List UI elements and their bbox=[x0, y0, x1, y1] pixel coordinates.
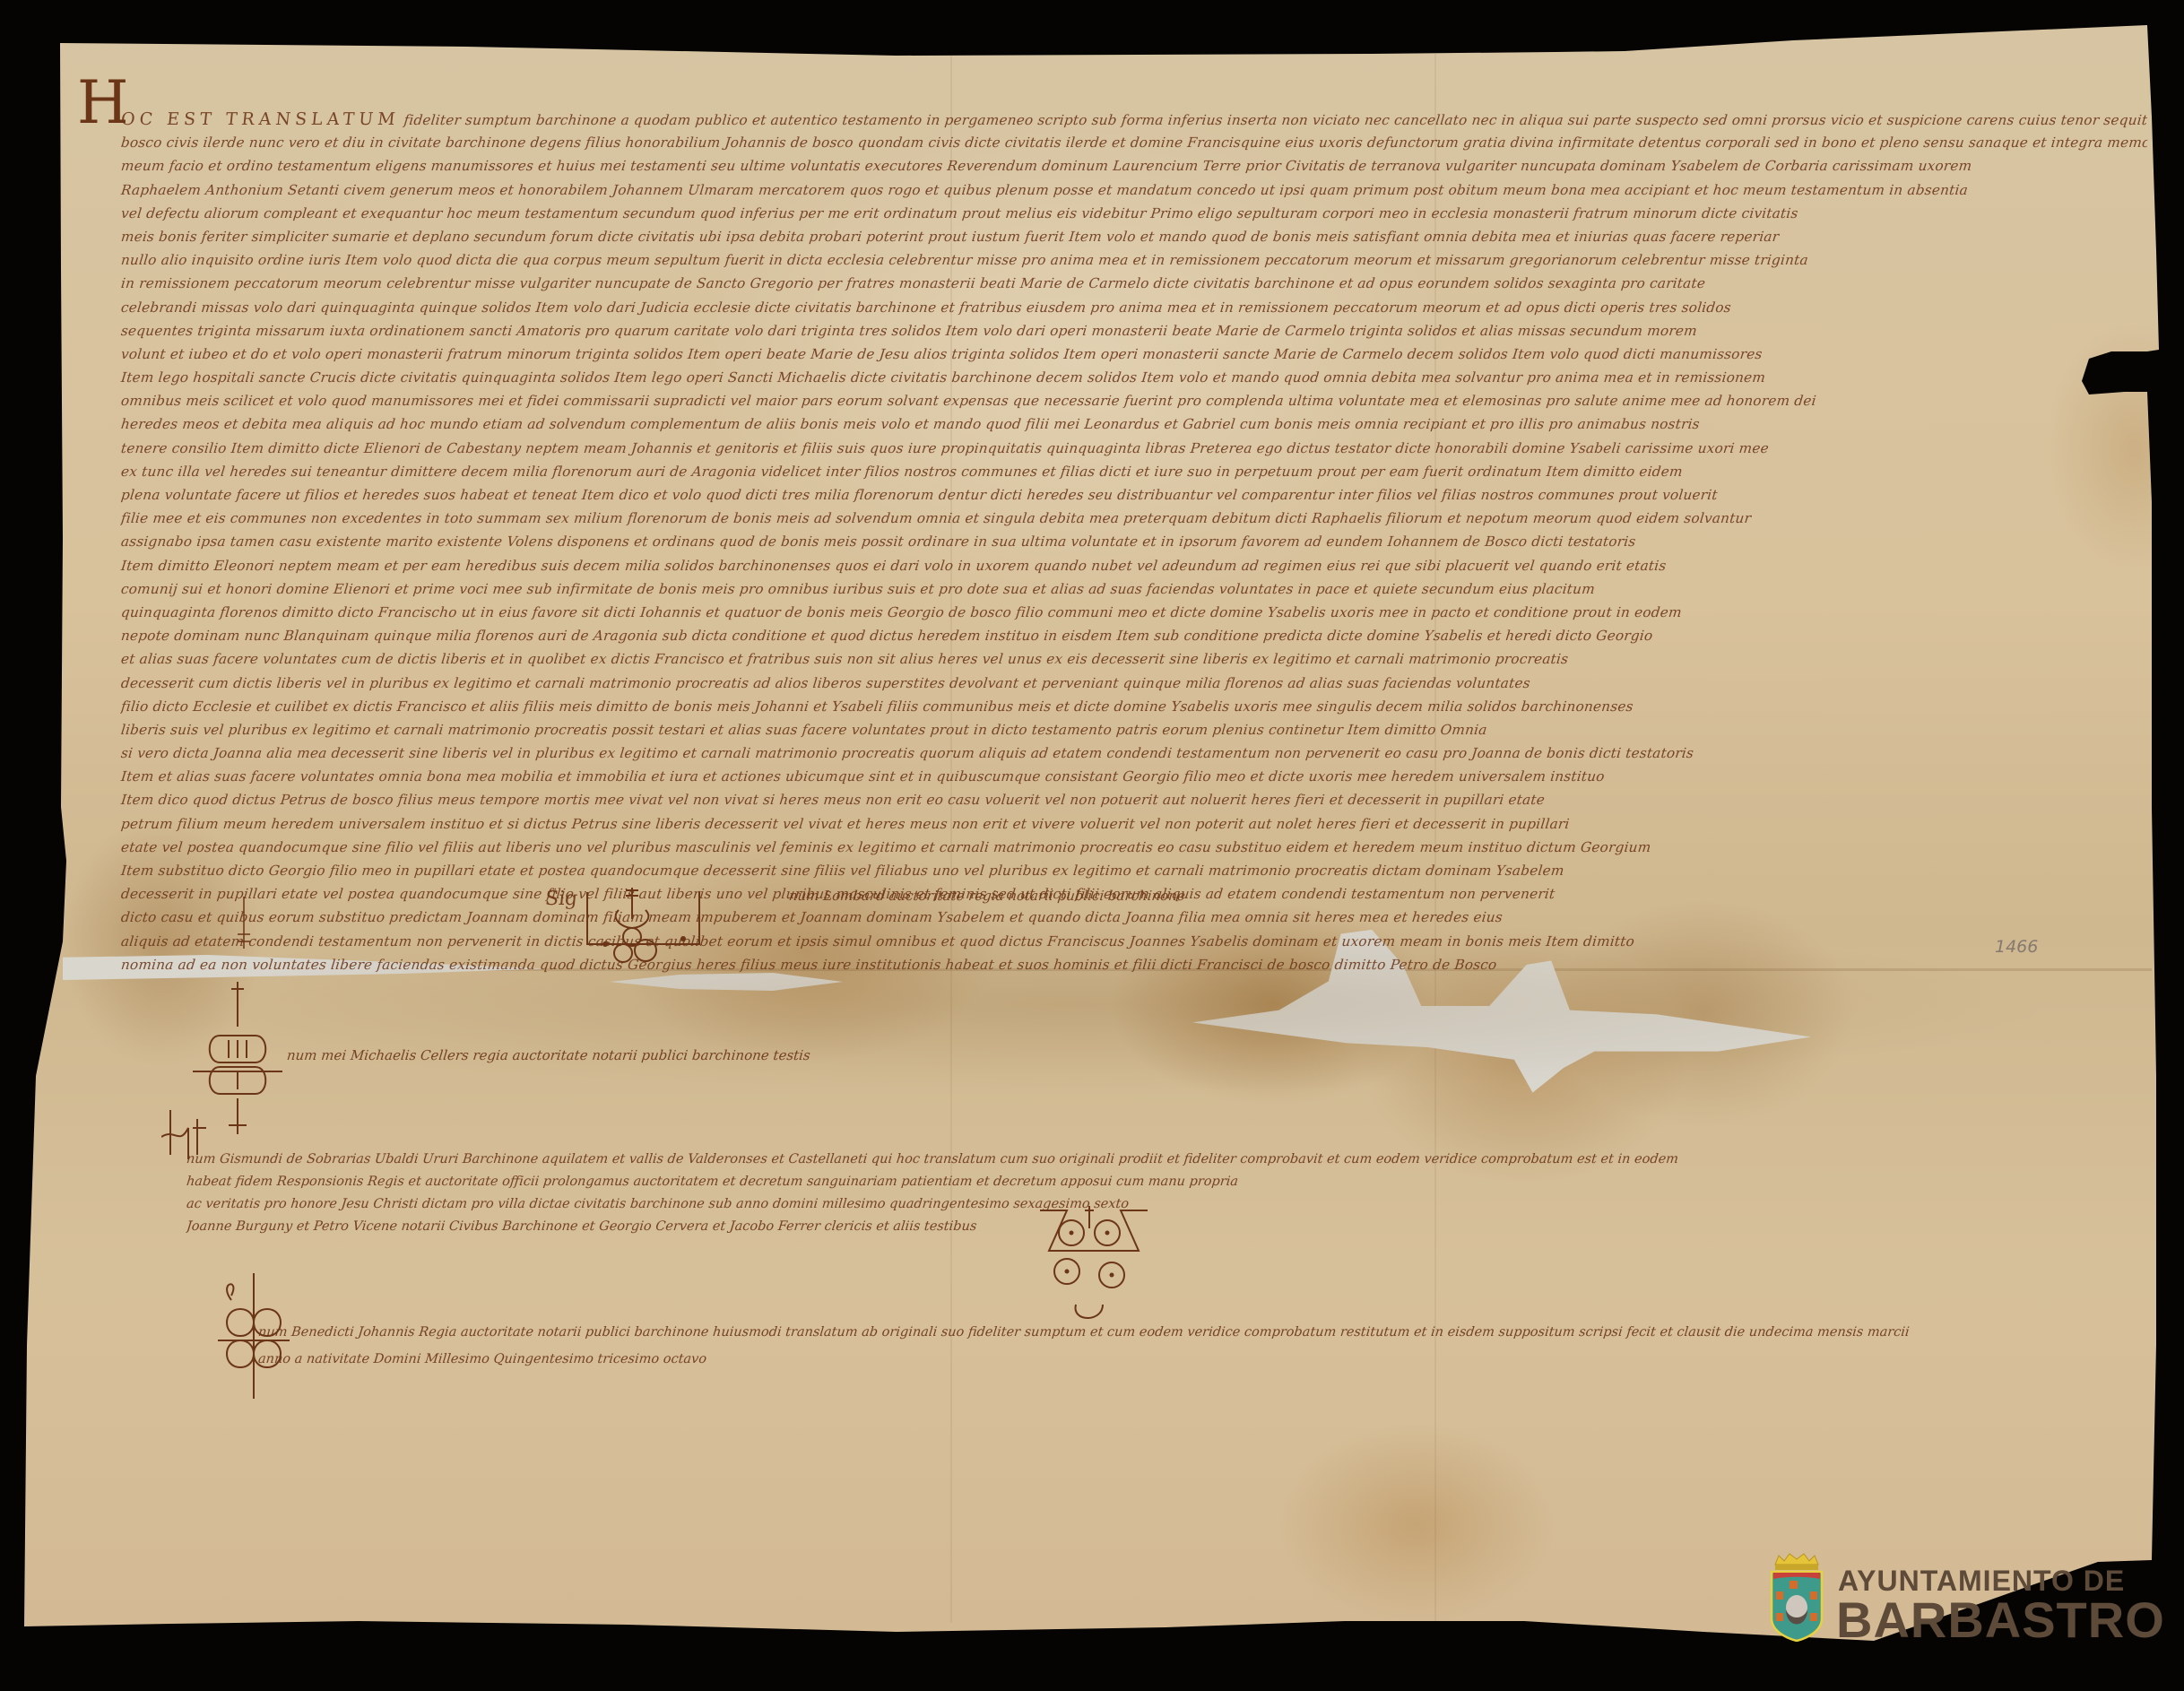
text-line: dicto casu et quibus eorum substituo pre… bbox=[120, 906, 2149, 929]
text-line: meum facio et ordino testamentum eligens… bbox=[120, 154, 2149, 178]
text-line: tenere consilio Item dimitto dicte Elien… bbox=[120, 437, 2149, 460]
text-line: petrum filium meum heredem universalem i… bbox=[120, 812, 2149, 836]
signature-sig-label: Sig bbox=[544, 888, 579, 910]
signature-3-line: num Gismundi de Sobrarias Ubaldi Ururi B… bbox=[186, 1152, 2034, 1166]
signature-2-text: num mei Michaelis Cellers regia auctorit… bbox=[286, 1047, 811, 1063]
signature-4-line: num Benedicti Johannis Regia auctoritate… bbox=[257, 1325, 2043, 1340]
text-line: aliquis ad etatem condendi testamentum n… bbox=[120, 930, 2149, 953]
text-line: filie mee et eis communes non excedentes… bbox=[120, 507, 2149, 530]
text-line: quinquaginta florenos dimitto dicto Fran… bbox=[120, 601, 2149, 624]
signature-4-line: anno a nativitate Domini Millesimo Quing… bbox=[257, 1352, 707, 1366]
text-line: vel defectu aliorum compleant et exequan… bbox=[120, 202, 2149, 225]
signature-1-text: num Lombard auctoritate regia notarii pu… bbox=[788, 888, 1186, 904]
text-line: ex tunc illa vel heredes sui teneantur d… bbox=[120, 460, 2149, 483]
text-line: nomina ad ea non voluntates libere facie… bbox=[120, 953, 2149, 976]
text-line: volunt et iubeo et do et volo operi mona… bbox=[120, 343, 2149, 366]
text-line: Item lego hospitali sancte Crucis dicte … bbox=[120, 366, 2149, 389]
text-line: plena voluntate facere ut filios et here… bbox=[120, 483, 2149, 507]
text-line: in remissionem peccatorum meorum celebre… bbox=[120, 272, 2149, 295]
notary-sign-5-icon bbox=[213, 1273, 294, 1408]
text-line: celebrandi missas volo dari quinquaginta… bbox=[120, 296, 2149, 319]
notary-sign-1-icon bbox=[583, 883, 708, 982]
text-line: liberis suis vel pluribus ex legitimo et… bbox=[120, 718, 2149, 741]
coat-of-arms-icon bbox=[1768, 1548, 1825, 1642]
text-line: Item dico quod dictus Petrus de bosco fi… bbox=[120, 788, 2149, 811]
text-line: si vero dicta Joanna alia mea decesserit… bbox=[120, 741, 2149, 765]
text-line: comunij sui et honori domine Elienori et… bbox=[120, 577, 2149, 601]
text-line: nullo alio inquisito ordine iuris Item v… bbox=[120, 248, 2149, 272]
text-line: meis bonis feriter simpliciter sumarie e… bbox=[120, 225, 2149, 248]
text-line: Item substituo dicto Georgio filio meo i… bbox=[120, 859, 2149, 882]
text-line: decesserit cum dictis liberis vel in plu… bbox=[120, 672, 2149, 695]
cross-mark-icon bbox=[235, 897, 253, 950]
text-line: bosco civis ilerde nunc vero et diu in c… bbox=[120, 131, 2149, 154]
logo-line-2: BARBASTRO bbox=[1836, 1595, 2165, 1645]
text-line: heredes meos et debita mea aliquis ad ho… bbox=[120, 412, 2149, 436]
text-line: et alias suas facere voluntates cum de d… bbox=[120, 647, 2149, 671]
pencil-annotation: 1466 bbox=[1995, 937, 2038, 957]
testament-text: OC EST TRANSLATUM fideliter sumptum barc… bbox=[121, 108, 2147, 976]
text-line: nepote dominam nunc Blanquinam quinque m… bbox=[120, 624, 2149, 647]
text-line: Raphaelem Anthonium Setanti civem generu… bbox=[120, 178, 2149, 202]
text-line: Item dimitto Eleonori neptem meam et per… bbox=[120, 554, 2149, 577]
text-line: sequentes triginta missarum iuxta ordina… bbox=[120, 319, 2149, 343]
text-line: omnibus meis scilicet et volo quod manum… bbox=[120, 389, 2149, 412]
text-line: Item et alias suas facere voluntates omn… bbox=[120, 765, 2149, 788]
text-line: assignabo ipsa tamen casu existente mari… bbox=[120, 530, 2149, 553]
signature-3-line: Joanne Burguny et Petro Vicene notarii C… bbox=[186, 1219, 1030, 1234]
text-line: filio dicto Ecclesie et cuilibet ex dict… bbox=[120, 695, 2149, 718]
text-line: etate vel postea quandocumque sine filio… bbox=[120, 836, 2149, 859]
opening-caps: OC EST TRANSLATUM bbox=[120, 109, 401, 129]
ayuntamiento-barbastro-logo: AYUNTAMIENTO DE BARBASTRO bbox=[1748, 1548, 2170, 1647]
signature-3-line: habeat fidem Responsionis Regis et aucto… bbox=[186, 1175, 2034, 1189]
text-line: OC EST TRANSLATUM fideliter sumptum barc… bbox=[120, 108, 2149, 131]
notary-sign-4-icon bbox=[1022, 1201, 1157, 1327]
